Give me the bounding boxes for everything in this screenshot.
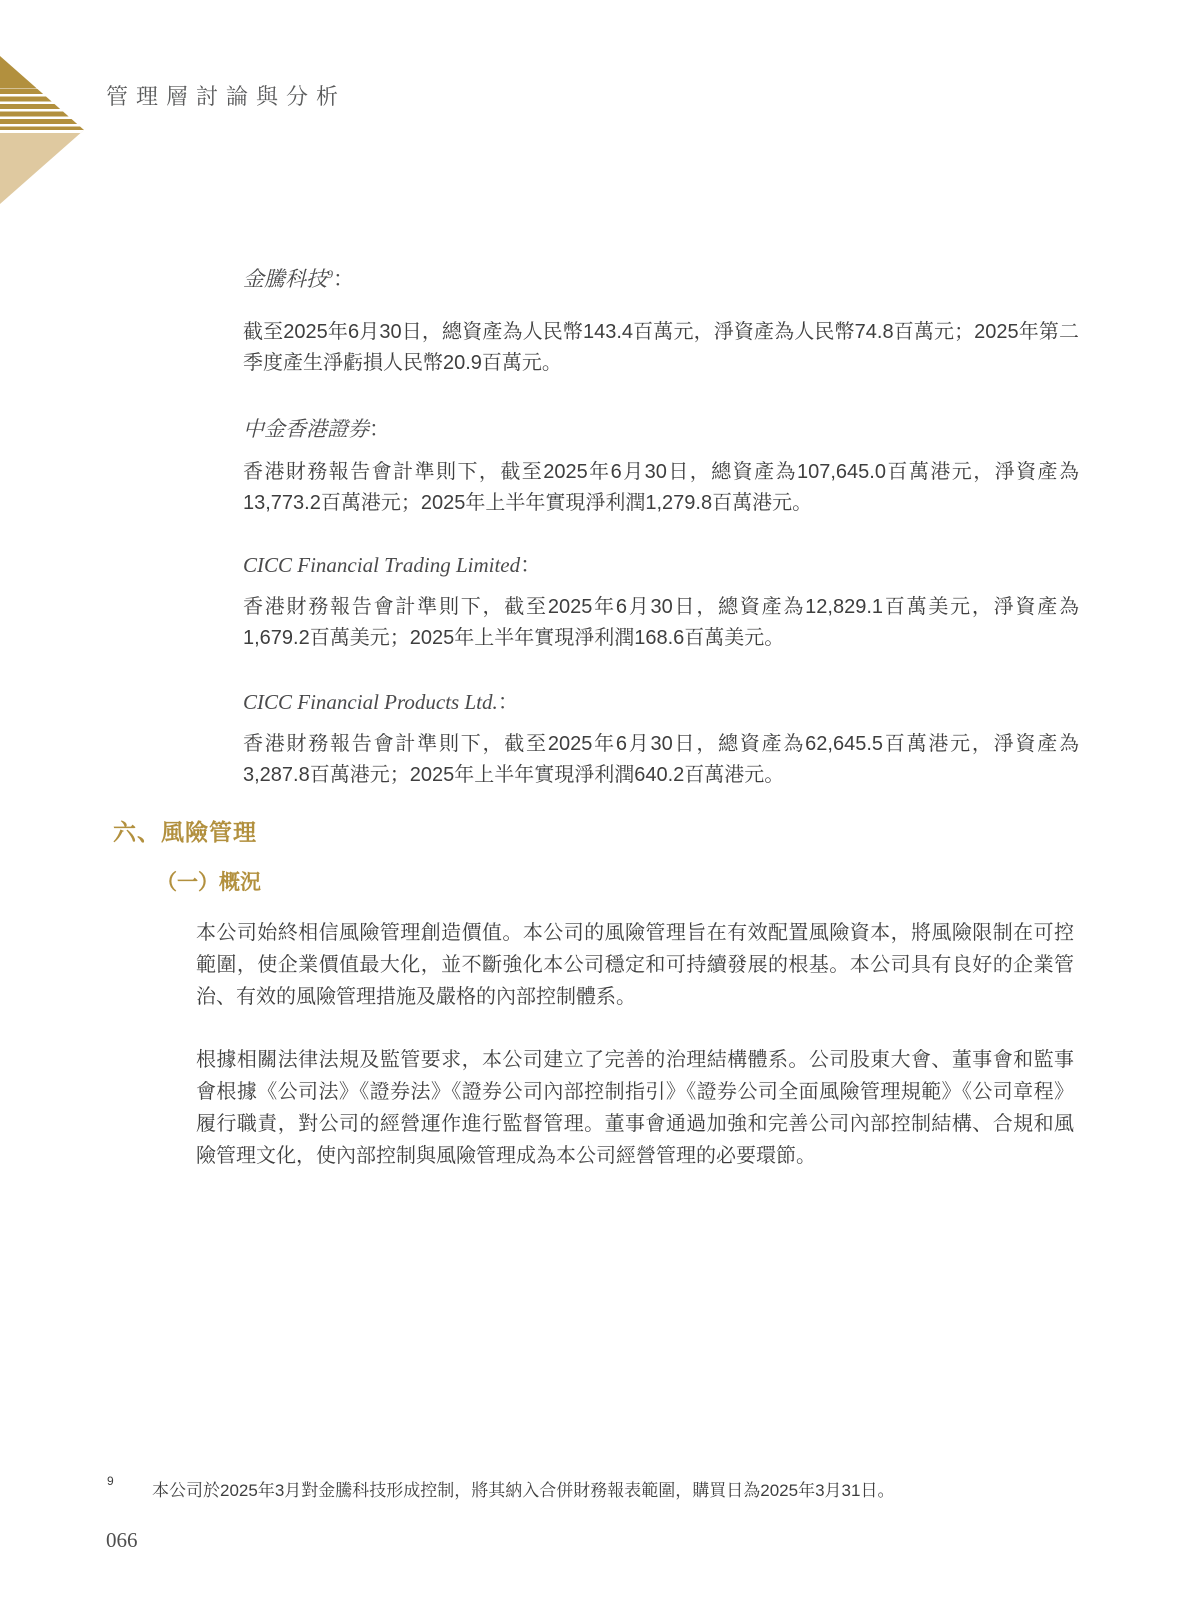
subsidiary-name: 金騰科技 — [243, 267, 327, 291]
subsidiary-heading-cicc-financial-products: CICC Financial Products Ltd.： — [243, 686, 1083, 716]
footnote-text: 本公司於2025年3月對金騰科技形成控制，將其納入合併財務報表範圍，購買日為20… — [152, 1478, 1087, 1504]
risk-overview-paragraph-2: 根據相關法律法規及監管要求，本公司建立了完善的治理結構體系。公司股東大會、董事會… — [196, 1044, 1074, 1172]
heading-colon: ： — [498, 690, 519, 714]
heading-colon: ： — [520, 553, 541, 577]
logo-solid-half — [0, 130, 84, 204]
footnote-9: 9 本公司於2025年3月對金騰科技形成控制，將其納入合併財務報表範圍，購買日為… — [107, 1478, 1087, 1504]
chapter-header: 管理層討論與分析 — [106, 80, 346, 111]
heading-colon: ： — [369, 417, 390, 441]
corner-triangle-logo-icon — [0, 56, 84, 204]
heading-colon: ： — [333, 267, 354, 291]
subsidiary-name: CICC Financial Trading Limited — [243, 553, 520, 577]
subsidiary-heading-cicc-hk-securities: 中金香港證券： — [243, 413, 1083, 443]
subsidiary-heading-cicc-financial-trading: CICC Financial Trading Limited： — [243, 549, 1083, 579]
section-title-risk-management: 六、風險管理 — [113, 814, 257, 847]
risk-overview-paragraph-1: 本公司始終相信風險管理創造價值。本公司的風險管理旨在有效配置風險資本，將風險限制… — [196, 917, 1074, 1013]
report-page: 管理層討論與分析 金騰科技9： 截至2025年6月30日，總資產為人民幣143.… — [0, 0, 1190, 1615]
subsidiary-name: CICC Financial Products Ltd. — [243, 690, 498, 714]
subsection-title-overview: （一）概況 — [156, 866, 261, 896]
footnote-marker: 9 — [107, 1474, 114, 1488]
page-number: 066 — [106, 1528, 138, 1553]
logo-striped-half — [0, 56, 84, 130]
subsidiary-name: 中金香港證券 — [243, 417, 369, 441]
subsidiary-body-cicc-hk-securities: 香港財務報告會計準則下，截至2025年6月30日，總資產為107,645.0百萬… — [243, 457, 1079, 519]
subsidiary-body-cicc-financial-products: 香港財務報告會計準則下，截至2025年6月30日，總資產為62,645.5百萬港… — [243, 729, 1079, 791]
subsidiary-body-cicc-financial-trading: 香港財務報告會計準則下，截至2025年6月30日，總資產為12,829.1百萬美… — [243, 592, 1079, 654]
subsidiary-body-jinteng: 截至2025年6月30日，總資產為人民幣143.4百萬元，淨資產為人民幣74.8… — [243, 317, 1079, 379]
subsidiary-heading-jinteng: 金騰科技9： — [243, 263, 1083, 293]
